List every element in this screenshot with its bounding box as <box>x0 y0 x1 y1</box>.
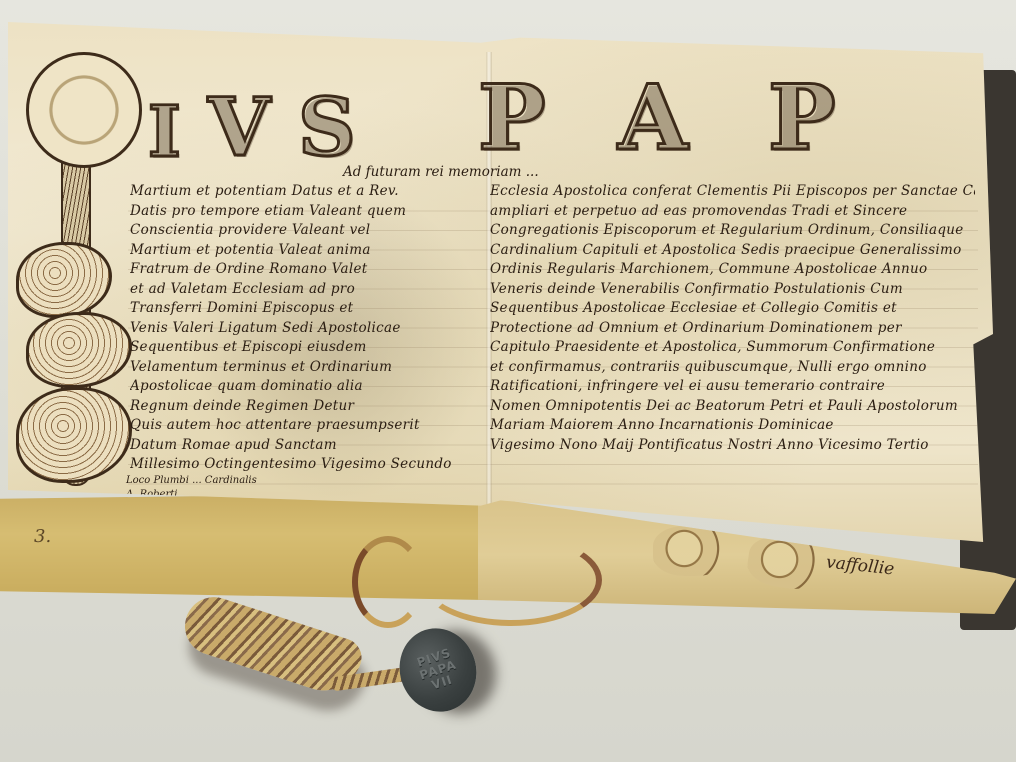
text-line: Sequentibus et Episcopi eiusdem <box>130 338 488 358</box>
silk-cord <box>352 536 424 628</box>
body-text-right: Ecclesia Apostolica conferat Clementis P… <box>490 182 975 455</box>
plica-ornament-icon <box>745 533 829 593</box>
text-line: Mariam Maiorem Anno Incarnationis Domini… <box>490 416 975 436</box>
plica-signature: vaffollie <box>825 552 895 579</box>
text-line: Sequentibus Apostolicae Ecclesiae et Col… <box>490 299 975 319</box>
heading-letter: P <box>478 65 546 171</box>
text-line: Capitulo Praesidente et Apostolica, Summ… <box>490 338 975 358</box>
text-line: Velamentum terminus et Ordinarium <box>130 358 488 378</box>
text-line: Nomen Omnipotentis Dei ac Beatorum Petri… <box>490 397 975 417</box>
text-line: Datis pro tempore etiam Valeant quem <box>130 202 488 222</box>
text-line: Martium et potentia Valeat anima <box>130 241 488 261</box>
text-line: Ecclesia Apostolica conferat Clementis P… <box>490 182 975 202</box>
silk-cord <box>420 534 602 626</box>
text-line: Conscientia providere Valeant vel <box>130 221 488 241</box>
text-line: ampliari et perpetuo ad eas promovendas … <box>490 202 975 222</box>
text-line: Ordinis Regularis Marchionem, Commune Ap… <box>490 260 975 280</box>
heading-letter: P <box>768 65 836 171</box>
text-line: Fratrum de Ordine Romano Valet <box>130 260 488 280</box>
flourish-icon <box>26 312 132 388</box>
text-line: Veneris deinde Venerabilis Confirmatio P… <box>490 280 975 300</box>
scribe-note: Loco Plumbi ... Cardinalis <box>126 474 257 488</box>
text-line: Datum Romae apud Sanctam <box>130 436 488 456</box>
text-line: Quis autem hoc attentare praesumpserit <box>130 416 488 436</box>
parchment-sheet: I V S P A P Ad futuram rei memoriam ... … <box>8 22 993 542</box>
text-line: Cardinalium Capituli et Apostolica Sedis… <box>490 241 975 261</box>
heading-continuation: Ad futuram rei memoriam ... <box>343 164 539 180</box>
text-line: et confirmamus, contrariis quibuscumque,… <box>490 358 975 378</box>
text-line: Martium et potentiam Datus et a Rev. <box>130 182 488 202</box>
text-line: Vigesimo Nono Maij Pontificatus Nostri A… <box>490 436 975 456</box>
heading-letter: V <box>208 80 270 174</box>
text-line: Ratificationi, infringere vel ei ausu te… <box>490 377 975 397</box>
lead-seal: PIVS PAPA VII <box>389 618 487 721</box>
flourish-icon <box>16 242 112 318</box>
text-line: Protectione ad Omnium et Ordinarium Domi… <box>490 319 975 339</box>
body-text-left: Martium et potentiam Datus et a Rev. Dat… <box>130 182 488 475</box>
plica-ornament-icon <box>653 526 731 576</box>
text-line: Millesimo Octingentesimo Vigesimo Secund… <box>130 455 488 475</box>
text-line: et ad Valetam Ecclesiam ad pro <box>130 280 488 300</box>
heading-letter: S <box>298 80 356 174</box>
text-line: Congregationis Episcoporum et Regularium… <box>490 221 975 241</box>
text-line: Transferri Domini Episcopus et <box>130 299 488 319</box>
flourish-icon <box>16 387 132 483</box>
plica-number: 3. <box>34 526 51 547</box>
text-line: Apostolicae quam dominatio alia <box>130 377 488 397</box>
heading-letter: A <box>618 65 688 171</box>
heading-letter: I <box>148 90 181 173</box>
text-line: Regnum deinde Regimen Detur <box>130 397 488 417</box>
text-line: Venis Valeri Ligatum Sedi Apostolicae <box>130 319 488 339</box>
